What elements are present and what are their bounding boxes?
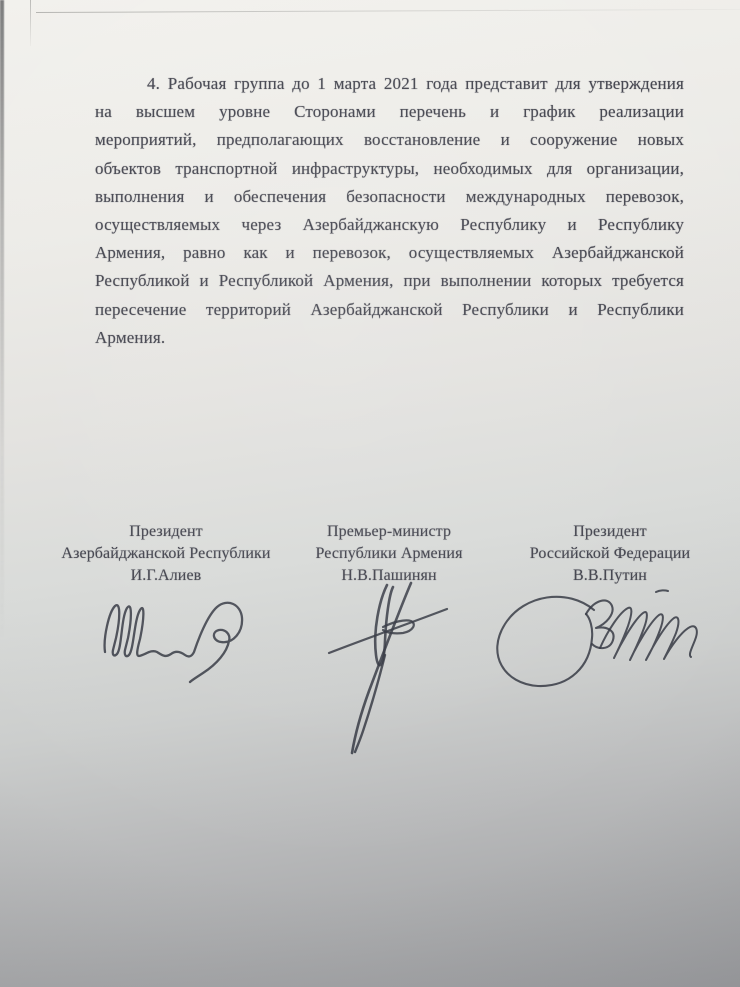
signatory-title: Премьер-министр: [299, 521, 479, 543]
paragraph-line: выполнения и обеспечения безопасности ме…: [95, 183, 684, 211]
putin-signature-icon: [488, 586, 718, 696]
aliyev-signature-icon: [95, 592, 310, 697]
signatory-title: Президент: [40, 521, 292, 543]
paragraph-line: Армения, равно как и перевозок, осуществ…: [95, 239, 684, 267]
signatory-name: В.В.Путин: [499, 565, 721, 587]
document-photo: 4. Рабочая группа до 1 марта 2021 года п…: [0, 0, 740, 987]
paragraph-line: Армения.: [95, 324, 684, 352]
signatory-affiliation: Азербайджанской Республики: [40, 543, 292, 565]
paragraph-line: Республикой и Республикой Армения, при в…: [95, 267, 684, 295]
signatory-affiliation: Республики Армения: [299, 543, 479, 565]
paragraph-4: 4. Рабочая группа до 1 марта 2021 года п…: [95, 70, 684, 352]
paper-left-edge-shadow: [0, 0, 4, 640]
signatory-title: Президент: [499, 521, 721, 543]
signatory-name: И.Г.Алиев: [40, 565, 292, 587]
paragraph-line: объектов транспортной инфраструктуры, не…: [95, 155, 684, 183]
paragraph-line: на высшем уровне Сторонами перечень и гр…: [95, 98, 684, 126]
paragraph-line: пересечение территорий Азербайджанской Р…: [95, 296, 684, 324]
signatory-affiliation: Российской Федерации: [499, 543, 721, 565]
signatory-block-azerbaijan: Президент Азербайджанской Республики И.Г…: [40, 521, 292, 587]
pashinyan-signature-icon: [325, 575, 460, 770]
paper-corner-crease: [30, 0, 31, 46]
signatory-block-russia: Президент Российской Федерации В.В.Путин: [499, 521, 721, 587]
paragraph-line: осуществляемых через Азербайджанскую Рес…: [95, 211, 684, 239]
paragraph-line: 4. Рабочая группа до 1 марта 2021 года п…: [95, 70, 684, 98]
paper-top-edge-line: [36, 9, 740, 13]
paragraph-line: мероприятий, предполагающих восстановлен…: [95, 126, 684, 154]
